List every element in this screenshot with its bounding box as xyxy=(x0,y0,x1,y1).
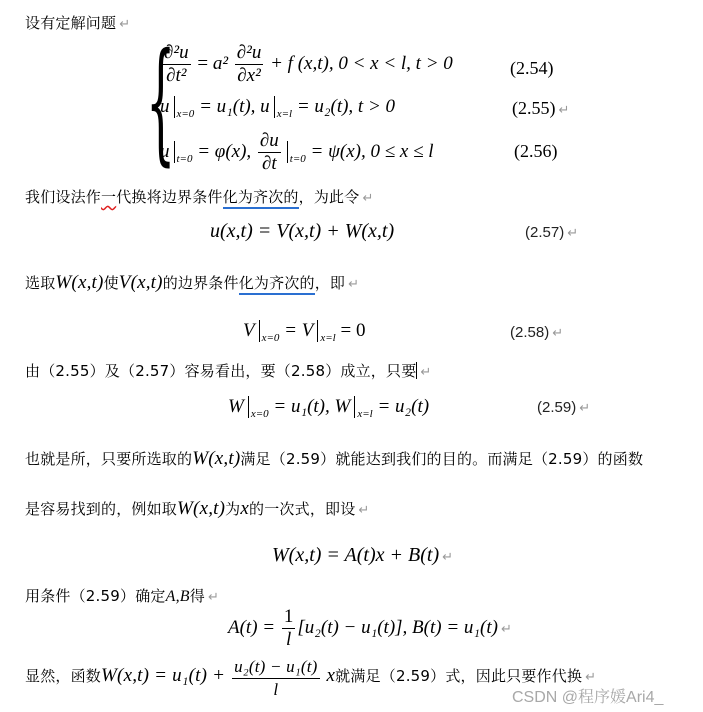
paragraph-mark-icon: ↵ xyxy=(579,401,590,416)
paragraph-mark-icon: ↵ xyxy=(362,191,373,206)
paragraph-mark-icon: ↵ xyxy=(358,503,369,518)
paragraph-mark-icon: ↵ xyxy=(567,226,578,241)
equation-label-2-59: (2.59)↵ xyxy=(537,399,590,416)
paragraph-goal: 也就是所，只要所选取的W(x,t)满足（2.59）就能达到我们的目的。而满足（2… xyxy=(25,448,643,470)
paragraph-conclusion: 显然，函数W(x,t) = u₁(t) + u₂(t) − u₁(t)l x就满… xyxy=(25,656,596,701)
paragraph-mark-icon: ↵ xyxy=(442,550,453,565)
equation-2-57: u(x,t) = V(x,t) + W(x,t) xyxy=(210,220,394,243)
paragraph-choose-w: 选取W(x,t)使V(x,t)的边界条件化为齐次的，即↵ xyxy=(25,272,359,294)
paragraph-condition: 由（2.55）及（2.57）容易看出，要（2.58）成立，只要↵ xyxy=(25,360,432,381)
paragraph-mark-icon: ↵ xyxy=(552,326,563,341)
equation-label-2-58: (2.58)↵ xyxy=(510,324,563,341)
equation-2-59: Wx=0 = u₁(t), Wx=l = u₂(t) xyxy=(228,396,429,420)
fraction: ∂²u∂x² xyxy=(235,42,264,87)
paragraph-mark-icon: ↵ xyxy=(348,277,359,292)
paragraph-mark-icon: ↵ xyxy=(119,17,130,32)
intro-text: 设有定解问题↵ xyxy=(25,12,130,33)
grammar-underline[interactable]: 化为齐次的 xyxy=(239,274,315,295)
equation-a-b: A(t) = 1l[u₂(t) − u₁(t)], B(t) = u₁(t)↵ xyxy=(228,606,512,651)
paragraph-mark-icon: ↵ xyxy=(585,670,596,685)
equation-label-2-57: (2.57)↵ xyxy=(525,224,578,241)
equation-2-54: ∂²u∂t² = a² ∂²u∂x² + f (x,t), 0 < x < l,… xyxy=(160,42,453,87)
equation-2-58: Vx=0 = Vx=l = 0 xyxy=(243,320,365,344)
text-cursor xyxy=(416,362,417,379)
paragraph-mark-icon: ↵ xyxy=(420,365,431,380)
fraction: 1l xyxy=(282,606,296,651)
spellcheck-mark[interactable]: 一 xyxy=(101,188,116,206)
grammar-underline[interactable]: 化为齐次的 xyxy=(223,188,299,209)
equation-2-56: ut=0 = φ(x), ∂u∂tt=0 = ψ(x), 0 ≤ x ≤ l xyxy=(160,130,434,175)
equation-2-55: ux=0 = u₁(t), ux=l = u₂(t), t > 0 xyxy=(160,96,395,120)
watermark: CSDN @程序媛Ari4_ xyxy=(512,684,663,707)
paragraph-mark-icon: ↵ xyxy=(501,622,512,637)
equation-linear: W(x,t) = A(t)x + B(t)↵ xyxy=(272,544,453,567)
paragraph-substitution: 我们设法作一代换将边界条件化为齐次的，为此令↵ xyxy=(25,186,374,207)
equation-label-2-54: (2.54) xyxy=(510,58,554,79)
paragraph-determine: 用条件（2.59）确定A,B得↵ xyxy=(25,585,219,606)
fraction: ∂²u∂t² xyxy=(162,42,191,87)
equation-label-2-56: (2.56) xyxy=(514,141,558,162)
equation-label-2-55: (2.55)↵ xyxy=(512,98,569,119)
paragraph-mark-icon: ↵ xyxy=(559,103,570,118)
fraction: u₂(t) − u₁(t)l xyxy=(232,656,319,701)
fraction: ∂u∂t xyxy=(258,130,281,175)
paragraph-mark-icon: ↵ xyxy=(208,590,219,605)
paragraph-linear: 是容易找到的，例如取W(x,t)为x的一次式，即设↵ xyxy=(25,498,370,520)
